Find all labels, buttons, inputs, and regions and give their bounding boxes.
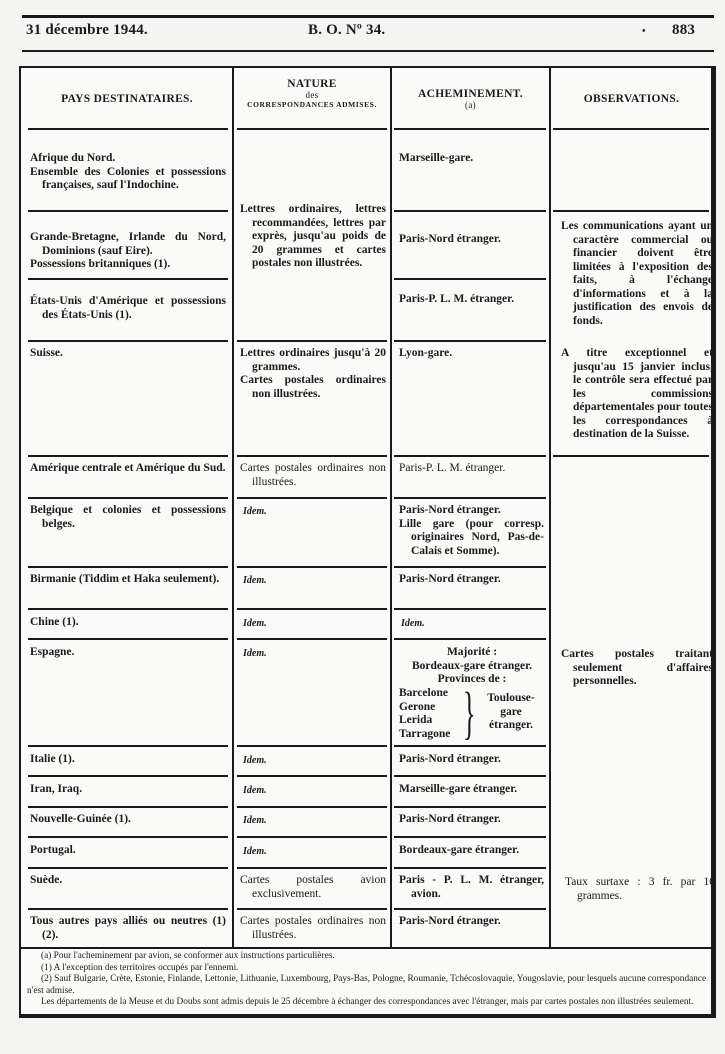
row-separator	[394, 608, 546, 610]
nature-autres: Cartes postales ordinaires non illustrée…	[240, 915, 386, 942]
acheminement-grande-bretagne: Paris-Nord étranger.	[399, 233, 544, 247]
footnote-meuse-doubs: Les départements de la Meuse et du Doubs…	[27, 997, 711, 1009]
column-divider-2	[390, 68, 392, 948]
row-separator	[28, 455, 228, 457]
pays-suisse: Suisse.	[30, 347, 226, 361]
nature-espagne: Idem.	[243, 647, 267, 661]
pays-nouvelle-guinee: Nouvelle-Guinée (1).	[30, 813, 226, 827]
row-separator	[28, 908, 228, 910]
row-separator	[28, 867, 228, 869]
row-separator	[553, 455, 709, 457]
header-separator	[394, 128, 546, 130]
nature-belgique: Idem.	[243, 505, 267, 519]
column-header-acheminement: ACHEMINEMENT. (a)	[392, 88, 549, 110]
nature-iran-iraq: Idem.	[243, 784, 267, 798]
pays-iran-iraq: Iran, Iraq.	[30, 783, 226, 797]
nature-italie: Idem.	[243, 754, 267, 768]
brace-icon: }	[463, 684, 476, 742]
pays-portugal: Portugal.	[30, 844, 226, 858]
row-separator	[553, 210, 709, 212]
nature-group-lettres: Lettres ordinaires, lettres recommandées…	[240, 203, 386, 271]
header-separator	[28, 128, 228, 130]
row-separator	[394, 745, 546, 747]
acheminement-autres: Paris-Nord étranger.	[399, 915, 544, 929]
row-separator	[237, 638, 387, 640]
pays-afrique-du-nord: Afrique du Nord. Ensemble des Colonies e…	[30, 152, 226, 193]
pays-suede: Suède.	[30, 874, 226, 888]
pays-birmanie: Birmanie (Tiddim et Haka seulement).	[30, 573, 226, 587]
pays-chine: Chine (1).	[30, 616, 226, 630]
acheminement-suisse: Lyon-gare.	[399, 347, 544, 361]
row-separator	[28, 638, 228, 640]
row-separator	[28, 566, 228, 568]
nature-suisse: Lettres ordinaires jusqu'à 20 grammes. C…	[240, 347, 386, 401]
nature-chine: Idem.	[243, 617, 267, 631]
row-separator	[237, 455, 387, 457]
header-date: 31 décembre 1944.	[26, 22, 148, 39]
acheminement-iran-iraq: Marseille-gare étranger.	[399, 783, 544, 797]
row-separator	[394, 455, 546, 457]
acheminement-amerique: Paris-P. L. M. étranger.	[399, 462, 544, 476]
row-separator	[28, 210, 228, 212]
row-separator	[28, 278, 228, 280]
espagne-provinces-route: Toulouse-gare étranger.	[480, 692, 542, 733]
column-divider-3	[549, 68, 551, 948]
row-separator	[237, 836, 387, 838]
column-divider-1	[232, 68, 234, 948]
observation-suisse: A titre exceptionnel et jusqu'au 15 janv…	[561, 347, 713, 442]
espagne-provinces-list: Barcelone Gerone Lerida Tarragone	[399, 687, 469, 741]
acheminement-suede: Paris - P. L. M. étranger, avion.	[399, 874, 544, 901]
pays-grande-bretagne: Grande-Bretagne, Irlande du Nord, Domini…	[30, 231, 226, 272]
row-separator	[237, 497, 387, 499]
acheminement-nouvelle-guinee: Paris-Nord étranger.	[399, 813, 544, 827]
row-separator	[237, 566, 387, 568]
row-separator	[28, 497, 228, 499]
row-separator	[394, 867, 546, 869]
header-bulletin: B. O. Nº 34.	[308, 22, 385, 39]
row-separator	[28, 775, 228, 777]
pays-espagne: Espagne.	[30, 646, 226, 660]
header-bottom-rule	[22, 50, 714, 52]
header-separator	[553, 128, 709, 130]
row-separator	[237, 806, 387, 808]
acheminement-chine: Idem.	[401, 617, 425, 631]
column-header-pays: PAYS DESTINATAIRES.	[22, 93, 232, 105]
header-separator	[237, 128, 387, 130]
row-separator	[237, 867, 387, 869]
acheminement-birmanie: Paris-Nord étranger.	[399, 573, 544, 587]
row-separator	[394, 566, 546, 568]
footnote-a: (a) Pour l'acheminement par avion, se co…	[27, 951, 711, 963]
row-separator	[394, 340, 546, 342]
footnote-1: (1) A l'exception des territoires occupé…	[27, 963, 711, 975]
row-separator	[237, 908, 387, 910]
row-separator	[28, 806, 228, 808]
row-separator	[394, 908, 546, 910]
page-number: 883	[672, 22, 695, 39]
row-separator	[394, 836, 546, 838]
acheminement-afrique: Marseille-gare.	[399, 152, 544, 166]
observation-surtaxe: Taux surtaxe : 3 fr. par 10 grammes.	[565, 876, 715, 903]
row-separator	[28, 340, 228, 342]
footnote-2: (2) Sauf Bulgarie, Crète, Estonie, Finla…	[27, 974, 711, 997]
pays-belgique: Belgique et colonies et possessions belg…	[30, 504, 226, 531]
table-bottom-rule	[21, 947, 711, 949]
row-separator	[237, 340, 387, 342]
row-separator	[394, 775, 546, 777]
row-separator	[394, 278, 546, 280]
footnotes: (a) Pour l'acheminement par avion, se co…	[27, 951, 711, 1009]
row-separator	[237, 775, 387, 777]
column-header-observations: OBSERVATIONS.	[551, 93, 712, 105]
nature-birmanie: Idem.	[243, 574, 267, 588]
pays-amerique: Amérique centrale et Amérique du Sud.	[30, 462, 226, 476]
row-separator	[394, 638, 546, 640]
nature-nouvelle-guinee: Idem.	[243, 814, 267, 828]
row-separator	[394, 497, 546, 499]
row-separator	[28, 745, 228, 747]
nature-suede: Cartes postales avion exclusivement.	[240, 874, 386, 901]
acheminement-etats-unis: Paris-P. L. M. étranger.	[399, 293, 544, 307]
acheminement-italie: Paris-Nord étranger.	[399, 753, 544, 767]
row-separator	[237, 745, 387, 747]
row-separator	[28, 608, 228, 610]
acheminement-belgique: Paris-Nord étranger. Lille gare (pour co…	[399, 504, 544, 558]
row-separator	[394, 210, 546, 212]
pays-etats-unis: États-Unis d'Amérique et possessions des…	[30, 295, 226, 322]
header-mark: •	[642, 26, 646, 37]
observation-commercial: Les communications ayant un caractère co…	[561, 220, 713, 328]
observation-personnelles: Cartes postales traitant seulement d'aff…	[561, 648, 713, 689]
nature-amerique: Cartes postales ordinaires non illustrée…	[240, 462, 386, 489]
acheminement-portugal: Bordeaux-gare étranger.	[399, 844, 544, 858]
row-separator	[28, 836, 228, 838]
row-separator	[394, 806, 546, 808]
nature-portugal: Idem.	[243, 845, 267, 859]
pays-italie: Italie (1).	[30, 753, 226, 767]
pays-autres: Tous autres pays alliés ou neutres (1) (…	[30, 915, 226, 942]
column-header-nature: NATURE des CORRESPONDANCES ADMISES.	[234, 78, 390, 109]
row-separator	[237, 608, 387, 610]
top-rule	[22, 15, 714, 18]
